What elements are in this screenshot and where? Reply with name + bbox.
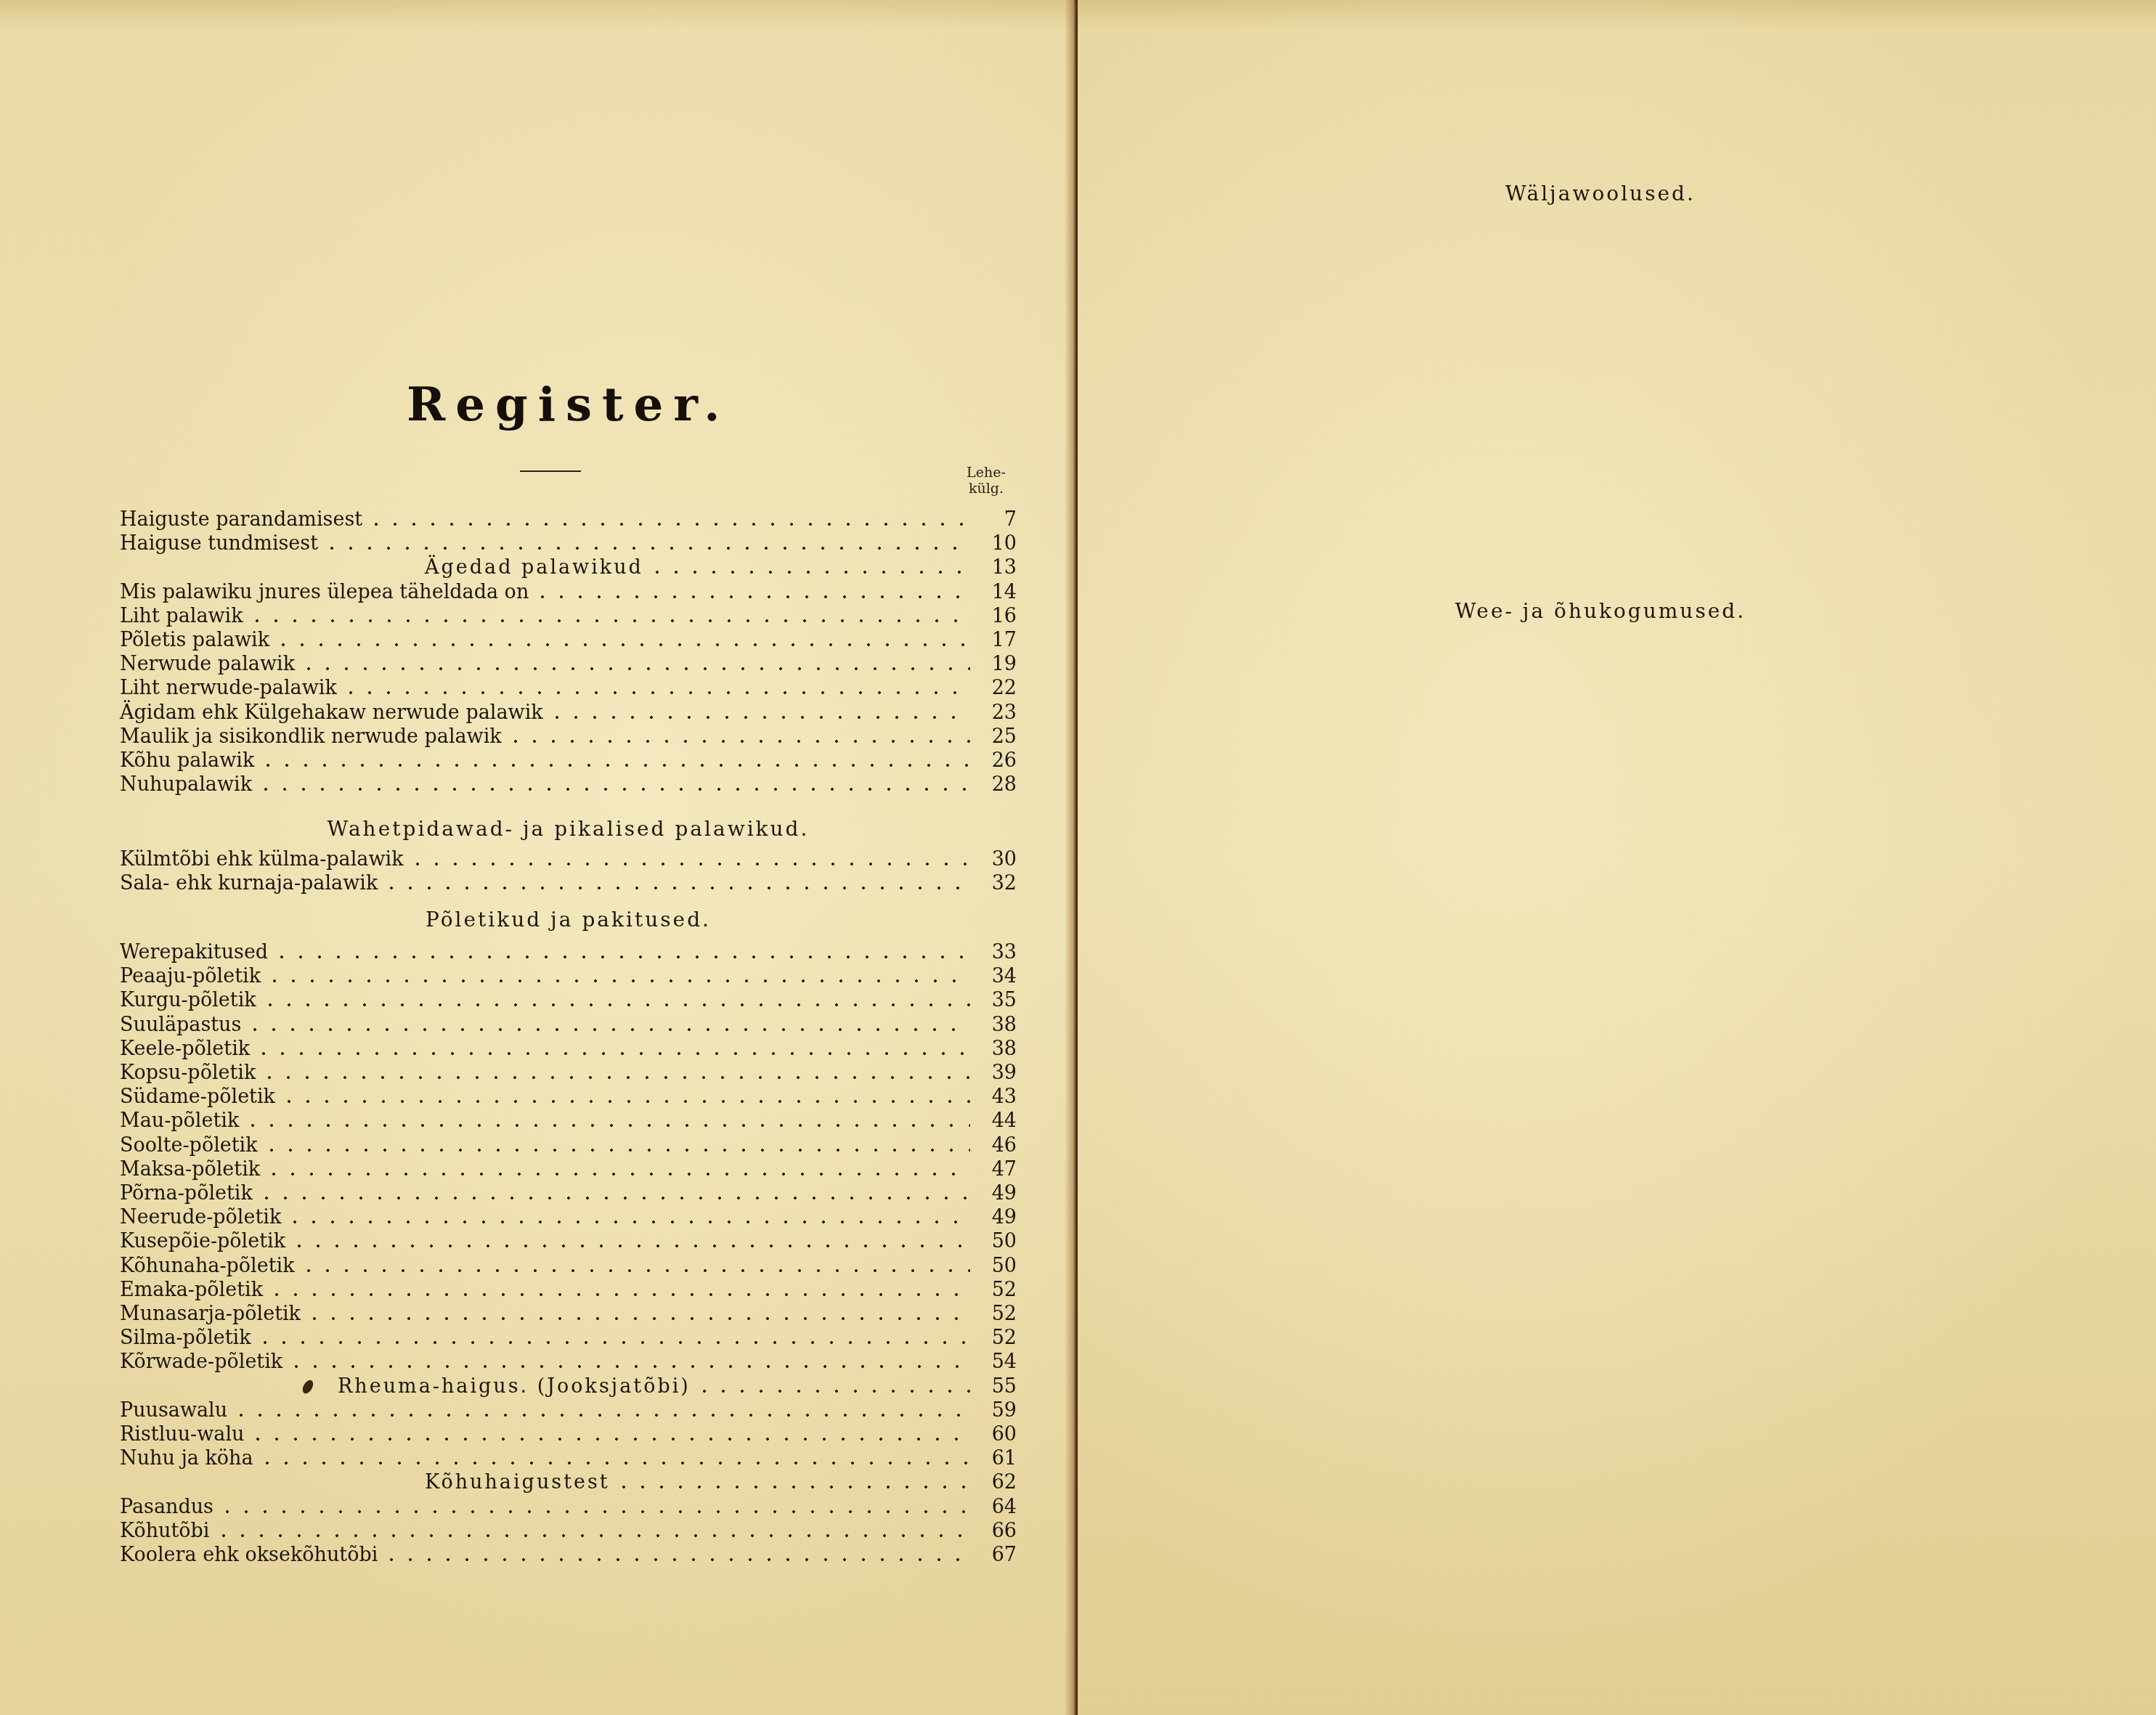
page-number: 16 — [970, 605, 1017, 628]
left-page: Register. Lehe-külg. Haiguste parandamis… — [0, 0, 1075, 1715]
dot-leader — [382, 1539, 970, 1563]
entry-title: Neerude-põletik — [120, 1206, 285, 1229]
dot-leader — [285, 1202, 970, 1225]
page-number: 61 — [970, 1447, 1017, 1470]
page-title: Register. — [407, 378, 697, 432]
page-number: 19 — [970, 653, 1017, 676]
entry-title: Kurgu-põletik — [120, 989, 261, 1012]
entry-title: Ristluu-walu — [120, 1423, 248, 1446]
dot-leader — [272, 937, 970, 960]
page-number: 17 — [970, 629, 1017, 652]
dot-leader — [287, 1346, 970, 1369]
entry-title: Kopsu-põletik — [120, 1062, 260, 1085]
page-number: 32 — [970, 872, 1017, 895]
page-number: 22 — [970, 677, 1017, 700]
dot-leader — [267, 1274, 970, 1298]
page-number: 62 — [970, 1471, 1017, 1494]
page-number: 50 — [970, 1230, 1017, 1253]
section-heading: Wahetpidawad- ja pikalised palawikud. — [120, 817, 1017, 842]
entry-title: Peaaju-põletik — [120, 965, 265, 988]
dot-leader — [258, 1443, 970, 1466]
entry-title: Põrna-põletik — [120, 1182, 257, 1205]
dot-leader — [408, 844, 970, 867]
dot-leader — [214, 1515, 970, 1539]
dot-leader — [533, 577, 970, 600]
dot-leader — [548, 697, 970, 720]
entry-title: Nerwude palawik — [120, 653, 299, 676]
entry-title: Liht palawik — [120, 605, 248, 628]
dot-leader — [260, 1057, 970, 1080]
page-number: 25 — [970, 725, 1017, 749]
dot-leader — [299, 1250, 970, 1274]
dot-leader — [280, 1081, 970, 1104]
dot-leader — [299, 648, 970, 672]
page-number: 54 — [970, 1351, 1017, 1374]
page-number: 39 — [970, 1062, 1017, 1085]
page-number: 13 — [970, 556, 1017, 579]
page-number: 52 — [970, 1279, 1017, 1302]
entry-title: Werepakitused — [120, 941, 272, 964]
entry-title: Emaka-põletik — [120, 1279, 267, 1302]
dot-leader — [248, 1419, 970, 1442]
dot-leader — [506, 721, 970, 744]
page-number: 7 — [970, 508, 1017, 531]
right-page: Kõhu kinni-olemine70Raskem kõhu-ummuksus… — [1078, 0, 2156, 1715]
dot-leader — [262, 1130, 970, 1153]
page-number: 44 — [970, 1109, 1017, 1133]
title-rule — [520, 470, 581, 472]
index-entry-row: Nuhupalawik28 — [120, 773, 1017, 797]
page-number: 49 — [970, 1182, 1017, 1205]
page-number: 60 — [970, 1423, 1017, 1446]
dot-leader — [232, 1395, 970, 1418]
dot-leader — [264, 1154, 970, 1177]
dot-leader — [245, 1009, 970, 1032]
page-number: 55 — [970, 1375, 1017, 1398]
dot-leader — [256, 769, 970, 792]
entry-title: Mau-põletik — [120, 1109, 243, 1133]
page-column-header: Lehe-külg. — [957, 465, 1015, 497]
page-number: 64 — [970, 1496, 1017, 1519]
section-heading: Wäljawoolused. — [1151, 182, 2050, 206]
book-spread: Register. Lehe-külg. Haiguste parandamis… — [0, 0, 2156, 1715]
dot-leader — [259, 745, 970, 768]
section-heading: Põletikud ja pakitused. — [120, 908, 1017, 932]
page-number: 38 — [970, 1014, 1017, 1037]
page-number: 14 — [970, 581, 1017, 604]
index-entry-row: Sala- ehk kurnaja-palawik32 — [120, 872, 1017, 895]
dot-leader — [290, 1226, 970, 1249]
dot-leader — [382, 868, 970, 891]
dot-leader — [274, 624, 970, 648]
entry-title: Haiguse tundmisest — [120, 532, 322, 555]
dot-leader — [322, 528, 970, 551]
page-number: 38 — [970, 1038, 1017, 1061]
dot-leader — [257, 1178, 970, 1201]
dot-leader — [254, 1033, 970, 1056]
page-number: 23 — [970, 701, 1017, 725]
dot-leader — [261, 985, 970, 1008]
page-number: 50 — [970, 1255, 1017, 1278]
page-number: 67 — [970, 1544, 1017, 1567]
dot-leader — [305, 1298, 970, 1321]
dot-leader — [256, 1322, 970, 1345]
page-number: 34 — [970, 965, 1017, 988]
entry-title: Keele-põletik — [120, 1038, 254, 1061]
page-number: 47 — [970, 1158, 1017, 1181]
entry-title: Maksa-põletik — [120, 1158, 264, 1181]
page-number: 10 — [970, 532, 1017, 555]
dot-leader — [243, 1105, 970, 1128]
entry-title: Liht nerwude-palawik — [120, 677, 341, 700]
entry-title: Ägidam ehk Külgehakaw nerwude palawik — [120, 701, 548, 725]
entry-title: Nuhu ja köha — [120, 1447, 258, 1470]
entry-title: Sala- ehk kurnaja-palawik — [120, 872, 382, 895]
section-heading: Wee- ja õhukogumused. — [1151, 599, 2050, 624]
entry-title: Silma-põletik — [120, 1327, 256, 1350]
entry-title: Põletis palawik — [120, 629, 274, 652]
entry-title: Suuläpastus — [120, 1014, 245, 1037]
entry-title: Soolte-põletik — [120, 1134, 262, 1157]
entry-title: Koolera ehk oksekõhutõbi — [120, 1544, 382, 1567]
entry-title: Kõhutõbi — [120, 1520, 214, 1543]
page-number: 30 — [970, 848, 1017, 871]
dot-leader — [695, 1371, 970, 1394]
page-number: 35 — [970, 989, 1017, 1012]
page-number: 52 — [970, 1327, 1017, 1350]
dot-leader — [614, 1467, 970, 1490]
entry-title: Puusawalu — [120, 1399, 232, 1422]
page-number: 49 — [970, 1206, 1017, 1229]
entry-title: Kõrwade-põletik — [120, 1351, 287, 1374]
entry-title: Kusepõie-põletik — [120, 1230, 290, 1253]
page-number: 43 — [970, 1085, 1017, 1109]
page-number: 46 — [970, 1134, 1017, 1157]
page-number: 26 — [970, 749, 1017, 773]
dot-leader — [218, 1491, 970, 1515]
dot-leader — [341, 672, 970, 696]
entry-title: Nuhupalawik — [120, 773, 256, 797]
page-number: 52 — [970, 1303, 1017, 1326]
index-entry-row: Koolera ehk oksekõhutõbi67 — [120, 1544, 1017, 1567]
entry-title: Külmtõbi ehk külma-palawik — [120, 848, 408, 871]
page-number: 28 — [970, 773, 1017, 797]
page-number: 66 — [970, 1520, 1017, 1543]
dot-leader — [367, 504, 970, 527]
page-number: 33 — [970, 941, 1017, 964]
dot-leader — [648, 552, 970, 575]
dot-leader — [265, 961, 970, 984]
dot-leader — [248, 600, 970, 624]
entry-title: Kõhu palawik — [120, 749, 259, 773]
entry-title: Pasandus — [120, 1496, 218, 1519]
page-number: 59 — [970, 1399, 1017, 1422]
